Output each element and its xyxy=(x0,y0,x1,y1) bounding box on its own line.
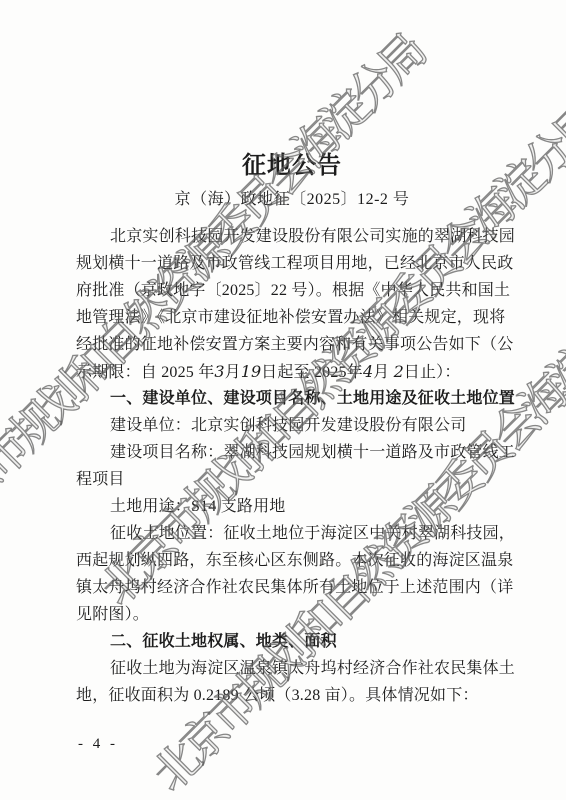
text-segment: 19 xyxy=(241,362,261,381)
page-number: - 4 - xyxy=(78,736,118,753)
section-2-heading: 二、征收土地权属、地类、面积 xyxy=(76,628,508,655)
text-line: 经批准的征地补偿安置方案主要内容和有关事项公告如下（公 xyxy=(76,331,508,358)
text-line: 地管理法》《北京市建设征地补偿安置办法》相关规定，现将 xyxy=(76,304,508,331)
text-line: 规划横十一道路及市政管线工程项目用地，已经北京市人民政 xyxy=(76,250,508,277)
date-segments: 示期限：自 2025 年3月19日起至 2025年4月 2日止）： xyxy=(76,364,461,381)
document-body: 北京实创科技园开发建设股份有限公司实施的翠湖科技园规划横十一道路及市政管线工程项… xyxy=(76,223,508,709)
publicity-period-line: 示期限：自 2025 年3月19日起至 2025年4月 2日止）： xyxy=(76,358,508,385)
text-segment: 月 xyxy=(373,364,393,381)
text-segment: 4 xyxy=(363,362,373,381)
text-line: 征收土地位置：征收土地位于海淀区中关村翠湖科技园， xyxy=(76,520,508,547)
text-line: 北京实创科技园开发建设股份有限公司实施的翠湖科技园 xyxy=(76,223,508,250)
document-number: 京（海）政地征〔2025〕12-2 号 xyxy=(76,188,508,212)
text-line: 见附图）。 xyxy=(76,601,508,628)
section-2-body: 征收土地为海淀区温泉镇太舟坞村经济合作社农民集体土地，征收面积为 0.2189 … xyxy=(76,655,508,709)
text-segment: 年 xyxy=(347,364,363,381)
text-segment: 3 xyxy=(214,362,224,381)
text-line: 西起规划纵四路，东至核心区东侧路。本次征收的海淀区温泉 xyxy=(76,547,508,574)
document-page: 北京市规划和自然资源委员会海淀分局 北京市规划和自然资源委员会海淀分局 北京市规… xyxy=(0,0,566,800)
text-segment: 日止）： xyxy=(404,364,461,381)
text-segment: 月 xyxy=(225,364,241,381)
text-segment: 2 xyxy=(394,362,404,381)
section-1-body: 建设单位：北京实创科技园开发建设股份有限公司建设项目名称：翠湖科技园规划横十一道… xyxy=(76,412,508,628)
text-segment: 日起至 2025 xyxy=(261,364,347,381)
document-title: 征地公告 xyxy=(76,150,508,182)
text-line: 程项目 xyxy=(76,466,508,493)
text-segment: 示期限：自 2025 年 xyxy=(76,364,214,381)
text-line: 建设项目名称：翠湖科技园规划横十一道路及市政管线工 xyxy=(76,439,508,466)
text-line: 府批准（京政地字〔2025〕22 号）。根据《中华人民共和国土 xyxy=(76,277,508,304)
text-line: 征收土地为海淀区温泉镇太舟坞村经济合作社农民集体土 xyxy=(76,655,508,682)
document-content: 征地公告 京（海）政地征〔2025〕12-2 号 北京实创科技园开发建设股份有限… xyxy=(76,150,508,709)
text-line: 建设单位：北京实创科技园开发建设股份有限公司 xyxy=(76,412,508,439)
section-1-heading: 一、建设单位、建设项目名称、土地用途及征收土地位置 xyxy=(76,385,508,412)
text-line: 土地用途：S14 支路用地 xyxy=(76,493,508,520)
paragraph-intro: 北京实创科技园开发建设股份有限公司实施的翠湖科技园规划横十一道路及市政管线工程项… xyxy=(76,223,508,358)
text-line: 镇太舟坞村经济合作社农民集体所有土地位于上述范围内（详 xyxy=(76,574,508,601)
text-line: 地，征收面积为 0.2189 公顷（3.28 亩）。具体情况如下： xyxy=(76,682,508,709)
